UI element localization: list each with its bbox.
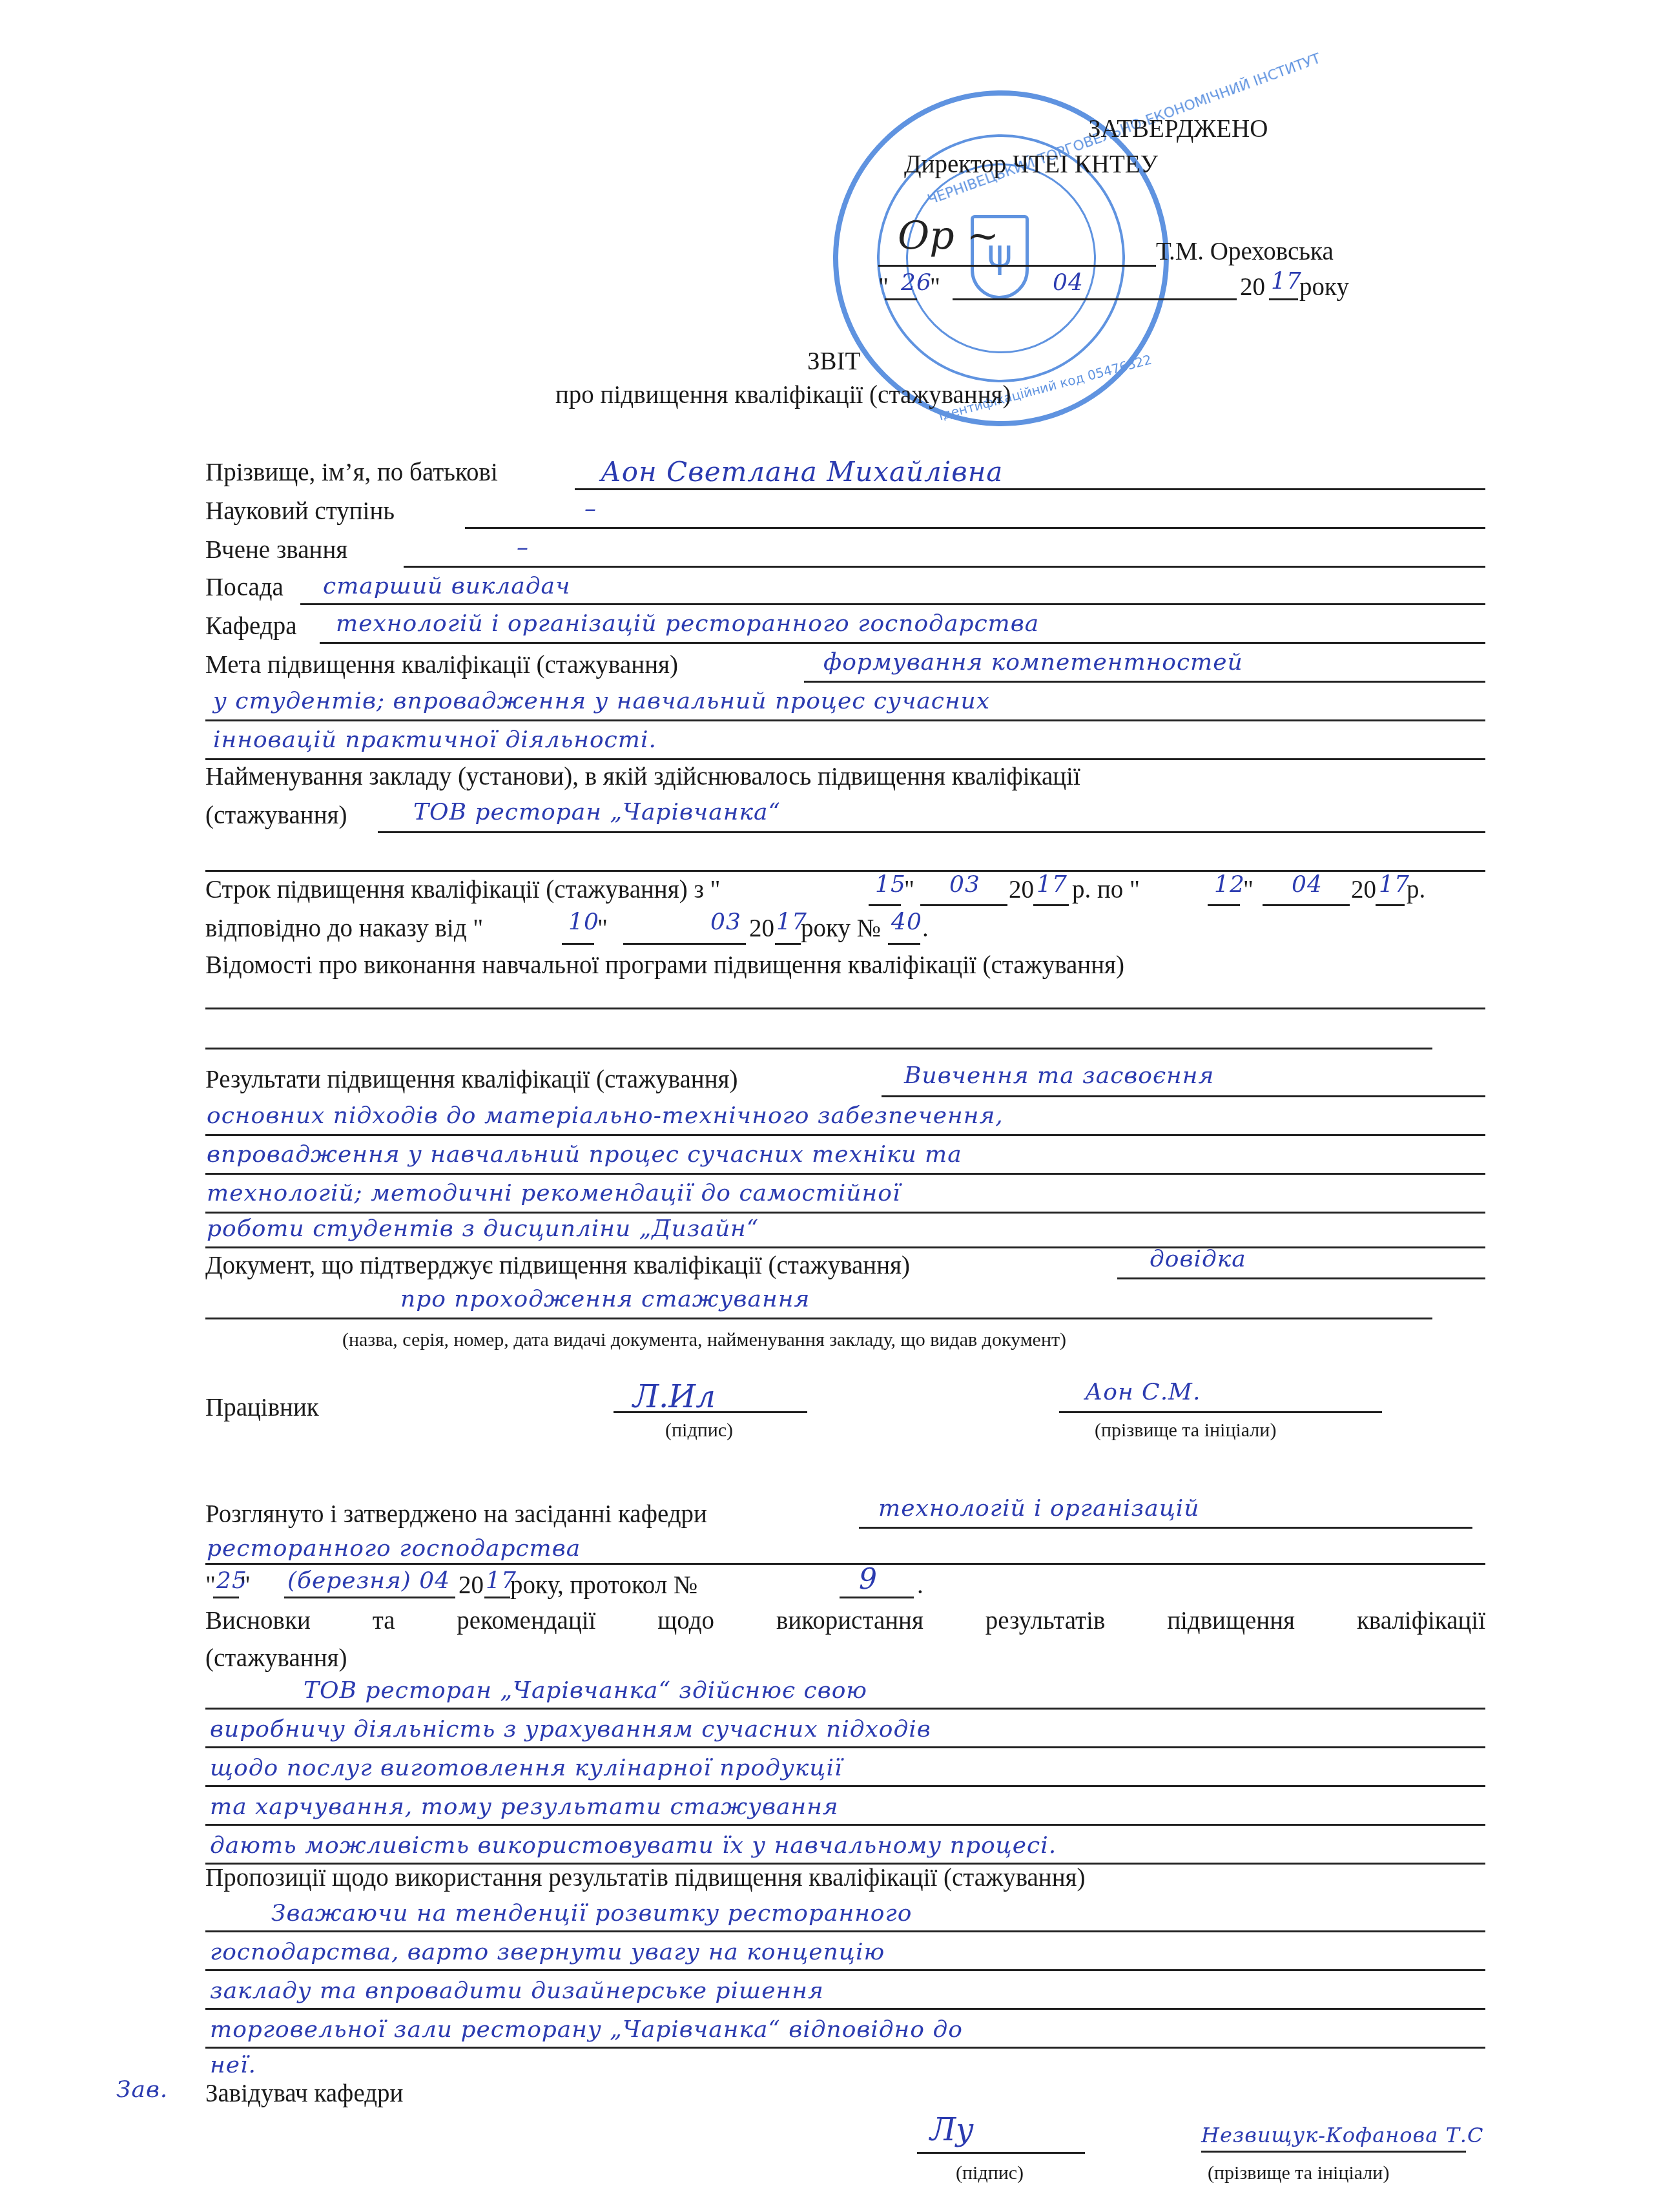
director-name: Т.М. Ореховська — [1156, 239, 1334, 264]
results-label: Результати підвищення кваліфікації (стаж… — [205, 1067, 738, 1092]
results-value-3: впровадження у навчальний процес сучасни… — [207, 1143, 962, 1166]
protocol-end: . — [917, 1573, 923, 1598]
conclusions-label: Висновки та рекомендації щодо використан… — [205, 1608, 1485, 1633]
director-title: Директор ЧТЕІ КНТЕУ — [904, 152, 1158, 177]
conclusions-line-2: виробничу діяльність з урахуванням сучас… — [210, 1718, 931, 1741]
term-from-year-prefix: 20 — [1009, 877, 1034, 902]
department-label: Кафедра — [205, 614, 297, 639]
purpose-value-3: інновацій практичної діяльності. — [213, 729, 657, 752]
document-value-2: про проходження стажування — [400, 1288, 810, 1311]
order-number: 40 — [891, 911, 922, 934]
head-signature: Лу — [930, 2112, 974, 2148]
order-label: відповідно до наказу від " — [205, 916, 483, 941]
results-value-1: Вивчення та засвоєння — [904, 1064, 1214, 1088]
degree-value: – — [584, 497, 597, 521]
protocol-label: року, протокол № — [510, 1573, 697, 1598]
term-to-day: 12 — [1214, 873, 1245, 896]
head-name: Незвищук-Кофанова Т.С — [1201, 2125, 1483, 2145]
results-value-2: основних підходів до матеріально-технічн… — [207, 1104, 1004, 1128]
program-label: Відомості про виконання навчальної прогр… — [205, 953, 1124, 978]
approval-year-prefix: 20 — [1240, 274, 1265, 300]
document-value-1: довідка — [1150, 1248, 1246, 1271]
director-signature: Ор ~ — [898, 213, 999, 258]
approved-label: ЗАТВЕРДЖЕНО — [1088, 116, 1268, 141]
conclusions-line-5: дають можливість використовувати їх у на… — [210, 1834, 1057, 1857]
order-month: 03 — [710, 911, 741, 934]
institution-value: ТОВ ресторан „Чарівчанка“ — [413, 801, 781, 824]
term-end: р. — [1407, 877, 1425, 902]
report-title: ЗВІТ — [807, 349, 860, 374]
department-value: технологій і організацій ресторанного го… — [336, 612, 1039, 636]
review-department-2: ресторанного господарства — [207, 1537, 581, 1560]
term-to-month: 04 — [1292, 873, 1323, 896]
report-subtitle: про підвищення кваліфікації (стажування) — [555, 382, 1011, 408]
proposals-line-3: закладу та впровадити дизайнерське рішен… — [210, 1979, 824, 2003]
conclusions-line-1: ТОВ ресторан „Чарівчанка“ здійснює свою — [304, 1679, 867, 1702]
employee-name-hint: (прізвище та ініціали) — [1095, 1421, 1276, 1440]
head-note: Зав. — [116, 2078, 168, 2102]
employee-signature: Л.Ил — [633, 1379, 716, 1415]
proposals-line-2: господарства, варто звернути увагу на ко… — [210, 1941, 885, 1964]
term-to-year: 17 — [1379, 873, 1410, 896]
head-label: Завідувач кафедри — [205, 2081, 403, 2106]
review-month: (березня) 04 — [287, 1569, 450, 1593]
employee-label: Працівник — [205, 1395, 319, 1420]
document-hint: (назва, серія, номер, дата видачі докуме… — [342, 1330, 1066, 1350]
term-to-label: р. по " — [1072, 877, 1140, 902]
purpose-label: Мета підвищення кваліфікації (стажування… — [205, 652, 678, 677]
conclusions-line-4: та харчування, тому результати стажуванн… — [210, 1795, 839, 1819]
proposals-label: Пропозиції щодо використання результатів… — [205, 1865, 1086, 1890]
full-name-label: Прізвище, ім’я, по батькові — [205, 460, 498, 485]
institution-label-2: (стажування) — [205, 803, 347, 828]
purpose-value-1: формування компетентностей — [823, 651, 1243, 674]
term-from-day: 15 — [875, 873, 906, 896]
conclusions-line-3: щодо послуг виготовлення кулінарної прод… — [210, 1757, 842, 1780]
full-name-value: Аон Светлана Михайлівна — [601, 459, 1003, 486]
approval-month: 04 — [1053, 271, 1084, 295]
degree-label: Науковий ступінь — [205, 499, 395, 524]
review-year-prefix: 20 — [459, 1573, 484, 1598]
results-value-5: роботи студентів з дисципліни „Дизайн“ — [207, 1217, 759, 1241]
rank-value: – — [517, 536, 529, 559]
results-value-4: технологій; методичні рекомендації до са… — [207, 1182, 900, 1205]
position-value: старший викладач — [323, 575, 570, 598]
conclusions-label-2: (стажування) — [205, 1646, 347, 1671]
approval-year-word: року — [1299, 274, 1349, 300]
review-label: Розглянуто і затверджено на засіданні ка… — [205, 1502, 707, 1527]
term-from-year: 17 — [1037, 873, 1068, 896]
protocol-number: 9 — [859, 1566, 878, 1594]
employee-name: Аон С.М. — [1085, 1381, 1201, 1404]
approval-year: 17 — [1271, 270, 1302, 293]
order-day: 10 — [568, 911, 599, 934]
institution-label: Найменування закладу (установи), в якій … — [205, 764, 1080, 789]
approval-day: 26 — [901, 271, 932, 295]
rank-label: Вчене звання — [205, 537, 347, 563]
term-from-month: 03 — [949, 873, 980, 896]
proposals-line-1: Зважаючи на тенденції розвитку ресторанн… — [271, 1902, 912, 1925]
order-number-label: року № — [801, 916, 881, 941]
review-department-1: технологій і організацій — [878, 1497, 1200, 1520]
order-year-prefix: 20 — [749, 916, 774, 941]
term-to-year-prefix: 20 — [1351, 877, 1376, 902]
proposals-line-5: неї. — [210, 2054, 256, 2077]
head-signature-hint: (підпис) — [956, 2164, 1024, 2183]
proposals-line-4: торговельної зали ресторану „Чарівчанка“… — [210, 2018, 963, 2041]
employee-signature-hint: (підпис) — [665, 1421, 733, 1440]
purpose-value-2: у студентів; впровадження у навчальний п… — [213, 690, 990, 713]
term-label: Строк підвищення кваліфікації (стажуванн… — [205, 877, 720, 902]
head-name-hint: (прізвище та ініціали) — [1208, 2164, 1389, 2183]
document-label: Документ, що підтверджує підвищення квал… — [205, 1253, 910, 1278]
position-label: Посада — [205, 575, 284, 600]
